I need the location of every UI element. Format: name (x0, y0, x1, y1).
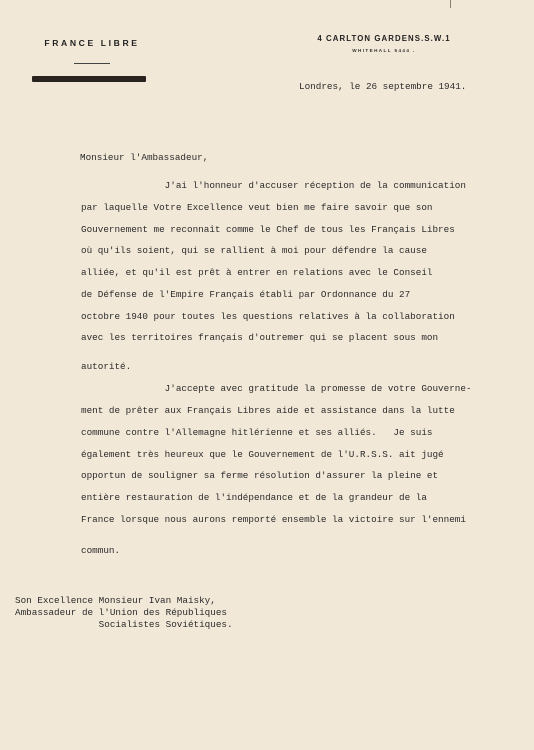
paragraph-1-line: de Défense de l'Empire Français établi p… (81, 289, 410, 300)
letter-page: FRANCE LIBRE 4 CARLTON GARDENS.S.W.1 WHI… (0, 0, 534, 750)
paragraph-1-line: Gouvernement me reconnaît comme le Chef … (81, 224, 455, 235)
paragraph-2-line: également très heureux que le Gouverneme… (81, 449, 444, 460)
paragraph-2-line: commune contre l'Allemagne hitlérienne e… (81, 427, 432, 438)
paragraph-2-line: J'accepte avec gratitude la promesse de … (81, 383, 472, 394)
organization-name: FRANCE LIBRE (34, 38, 150, 48)
redaction-bar (32, 76, 146, 82)
paragraph-1-line: alliée, et qu'il est prêt à entrer en re… (81, 267, 432, 278)
paragraph-1-line: où qu'ils soient, qui se rallient à moi … (81, 245, 427, 256)
paragraph-2-line: France lorsque nous aurons remporté ense… (81, 514, 466, 525)
paragraph-1-line: autorité. (81, 361, 131, 372)
addressee-line: Socialistes Soviétiques. (15, 619, 233, 630)
paragraph-2-line: commun. (81, 545, 120, 556)
paragraph-2-line: ment de prêter aux Français Libres aide … (81, 405, 455, 416)
paragraph-2-line: entière restauration de l'indépendance e… (81, 492, 427, 503)
paragraph-1-line: avec les territoires français d'outremer… (81, 332, 438, 343)
paragraph-1-line: par laquelle Votre Excellence veut bien … (81, 202, 432, 213)
date-line: Londres, le 26 septembre 1941. (299, 81, 466, 92)
letterhead-address: 4 CARLTON GARDENS.S.W.1 (304, 34, 464, 43)
paragraph-2-line: opportun de souligner sa ferme résolutio… (81, 470, 438, 481)
letterhead-right: 4 CARLTON GARDENS.S.W.1 WHITEHALL 5444 . (304, 34, 464, 53)
addressee-line: Son Excellence Monsieur Ivan Maisky, (15, 595, 216, 606)
addressee-line: Ambassadeur de l'Union des Républiques (15, 607, 227, 618)
letterhead-left: FRANCE LIBRE (34, 38, 150, 64)
pen-mark (450, 0, 451, 8)
paragraph-1-line: octobre 1940 pour toutes les questions r… (81, 311, 455, 322)
paragraph-1-line: J'ai l'honneur d'accuser réception de la… (81, 180, 466, 191)
salutation: Monsieur l'Ambassadeur, (80, 152, 208, 163)
letterhead-rule (74, 63, 110, 64)
letterhead-telephone: WHITEHALL 5444 . (304, 48, 464, 53)
